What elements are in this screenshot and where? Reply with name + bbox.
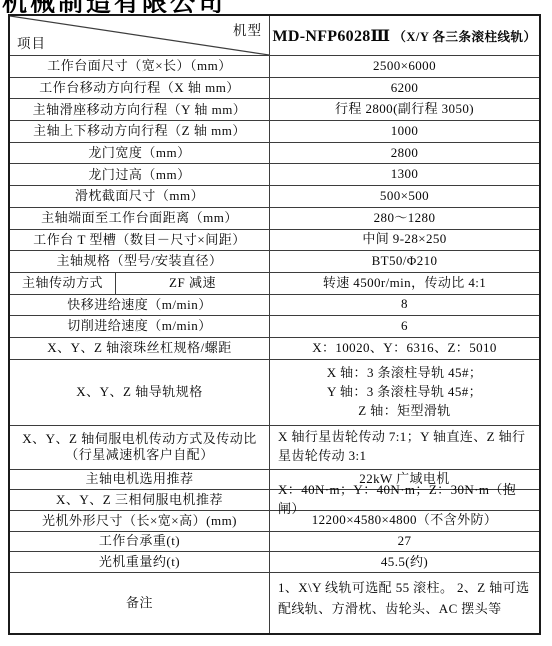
row-label: 光机外形尺寸（长×宽×高）(mm) — [42, 513, 237, 529]
row-label-cell: 主轴端面至工作台面距离（mm） — [10, 208, 270, 229]
table-header-row: 机型 项目 MD-NFP6028Ⅲ （X/Y 各三条滚柱线轨） — [10, 16, 539, 56]
row-value: 12200×4580×4800（不含外防） — [312, 511, 498, 530]
row-label-cell: X、Y、Z 三相伺服电机推荐 — [10, 490, 270, 510]
row-value-cell: 8 — [270, 295, 539, 316]
row-value-cell: 280～1280 — [270, 208, 539, 229]
row-value: 行程 2800(副行程 3050) — [335, 100, 474, 119]
row-label: 滑枕截面尺寸（mm） — [75, 188, 204, 204]
row-value: 8 — [401, 295, 408, 314]
spec-table: 机型 项目 MD-NFP6028Ⅲ （X/Y 各三条滚柱线轨） 工作台面尺寸（宽… — [8, 14, 541, 635]
corner-label-item: 项目 — [17, 32, 46, 52]
row-label: 工作台承重(t) — [99, 533, 180, 549]
row-label: 光机重量约(t) — [99, 554, 180, 570]
row-label: 工作台 T 型槽（数目－尺寸×间距） — [33, 232, 246, 248]
table-row: 主轴上下移动方向行程（Z 轴 mm）1000 — [10, 121, 539, 143]
row-value-cell: X 轴行星齿轮传动 7:1；Y 轴直连、Z 轴行星齿轮传动 3:1 — [270, 426, 539, 469]
clipped-page-heading: 机械制造有限公司 — [2, 0, 322, 13]
table-row: 工作台移动方向行程（X 轴 mm）6200 — [10, 78, 539, 100]
row-label-cell: 主轴传动方式ZF 减速 — [10, 273, 270, 294]
table-row: 龙门过高（mm）1300 — [10, 164, 539, 186]
row-value-cell: 1000 — [270, 121, 539, 142]
row-value-cell: 500×500 — [270, 186, 539, 207]
row-label: 快移进给速度（m/min） — [67, 297, 211, 313]
row-value-cell: BT50/Φ210 — [270, 251, 539, 272]
row-value: X 轴：3 条滚柱导轨 45#； — [327, 364, 483, 383]
row-value-cell: 转速 4500r/min，传动比 4:1 — [270, 273, 539, 294]
row-label-cell: 工作台移动方向行程（X 轴 mm） — [10, 78, 270, 99]
row-label: 切削进给速度（m/min） — [67, 318, 211, 334]
row-label-cell: 主轴电机选用推荐 — [10, 470, 270, 490]
table-row: 工作台承重(t)27 — [10, 532, 539, 553]
row-label-cell: 工作台面尺寸（宽×长）（mm） — [10, 56, 270, 77]
row-label-cell: 主轴滑座移动方向行程（Y 轴 mm） — [10, 99, 270, 120]
corner-label-model: 机型 — [233, 19, 262, 39]
table-row: 滑枕截面尺寸（mm）500×500 — [10, 186, 539, 208]
table-row: 主轴滑座移动方向行程（Y 轴 mm）行程 2800(副行程 3050) — [10, 99, 539, 121]
table-row: X、Y、Z 轴导轨规格X 轴：3 条滚柱导轨 45#；Y 轴：3 条滚柱导轨 4… — [10, 360, 539, 426]
row-value: 1000 — [391, 122, 419, 141]
row-label: 主轴端面至工作台面距离（mm） — [41, 210, 238, 226]
table-body: 工作台面尺寸（宽×长）（mm）2500×6000工作台移动方向行程（X 轴 mm… — [10, 56, 539, 633]
row-value-cell: 45.5(约) — [270, 552, 539, 572]
row-label-cell: 龙门过高（mm） — [10, 164, 270, 185]
row-label: X、Y、Z 轴导轨规格 — [76, 384, 202, 400]
row-label: 主轴传动方式 — [22, 275, 103, 291]
row-value-cell: 中间 9-28×250 — [270, 230, 539, 251]
model-variant-note: （X/Y 各三条滚柱线轨） — [393, 27, 536, 45]
clipped-page-heading-text: 机械制造有限公司 — [2, 0, 226, 13]
row-label: X、Y、Z 轴滚珠丝杠规格/螺距 — [47, 340, 232, 356]
row-label-cell: 备注 — [10, 573, 270, 633]
row-value: 1、X\Y 线轨可选配 55 滚柱。 2、Z 轴可选配线轨、方滑枕、齿轮头、AC… — [278, 578, 533, 620]
row-value-cell: 1300 — [270, 164, 539, 185]
row-value: BT50/Φ210 — [372, 252, 438, 271]
row-value-cell: 2500×6000 — [270, 56, 539, 77]
row-value: Z 轴：矩型滑轨 — [358, 402, 450, 421]
row-value-cell: X：10020、Y：6316、Z：5010 — [270, 338, 539, 359]
row-label-cell: X、Y、Z 轴滚珠丝杠规格/螺距 — [10, 338, 270, 359]
row-label: （行星减速机客户自配） — [65, 447, 214, 463]
row-label: 主轴规格（型号/安装直径） — [56, 253, 222, 269]
table-row: 工作台面尺寸（宽×长）（mm）2500×6000 — [10, 56, 539, 78]
row-value: 中间 9-28×250 — [362, 230, 446, 249]
row-value: X：10020、Y：6316、Z：5010 — [312, 339, 497, 358]
row-label: X、Y、Z 轴伺服电机传动方式及传动比 — [22, 431, 256, 447]
row-label-cell: 主轴规格（型号/安装直径） — [10, 251, 270, 272]
row-label-cell: X、Y、Z 轴伺服电机传动方式及传动比（行星减速机客户自配） — [10, 426, 270, 469]
row-label-cell: 主轴上下移动方向行程（Z 轴 mm） — [10, 121, 270, 142]
row-label: 主轴上下移动方向行程（Z 轴 mm） — [33, 123, 246, 139]
row-label: X、Y、Z 三相伺服电机推荐 — [56, 492, 223, 508]
table-row: 主轴规格（型号/安装直径）BT50/Φ210 — [10, 251, 539, 273]
row-value-cell: X：40N·m；Y：40N·m；Z：30N·m（抱闸） — [270, 490, 539, 510]
model-header-cell: MD-NFP6028Ⅲ （X/Y 各三条滚柱线轨） — [270, 16, 539, 55]
row-value-cell: X 轴：3 条滚柱导轨 45#；Y 轴：3 条滚柱导轨 45#；Z 轴：矩型滑轨 — [270, 360, 539, 425]
row-label-cell: 切削进给速度（m/min） — [10, 316, 270, 337]
row-value-cell: 行程 2800(副行程 3050) — [270, 99, 539, 120]
row-label-cell: 快移进给速度（m/min） — [10, 295, 270, 316]
row-label-cell: 滑枕截面尺寸（mm） — [10, 186, 270, 207]
table-row: 主轴端面至工作台面距离（mm）280～1280 — [10, 208, 539, 230]
row-value: 500×500 — [380, 187, 429, 206]
row-value-cell: 6 — [270, 316, 539, 337]
row-value: 2500×6000 — [373, 57, 436, 76]
table-row: X、Y、Z 轴伺服电机传动方式及传动比（行星减速机客户自配）X 轴行星齿轮传动 … — [10, 426, 539, 470]
row-value: 45.5(约) — [381, 553, 428, 572]
row-label: 备注 — [126, 595, 153, 611]
row-label: 工作台移动方向行程（X 轴 mm） — [39, 80, 240, 96]
table-row: 龙门宽度（mm）2800 — [10, 143, 539, 165]
table-row: 主轴传动方式ZF 减速转速 4500r/min，传动比 4:1 — [10, 273, 539, 295]
table-row: 光机重量约(t)45.5(约) — [10, 552, 539, 573]
row-sublabel: ZF 减速 — [169, 275, 216, 291]
row-label: 龙门宽度（mm） — [88, 145, 190, 161]
row-value: 1300 — [391, 165, 419, 184]
row-value: 6 — [401, 317, 408, 336]
row-value-cell: 27 — [270, 532, 539, 552]
table-row: 快移进给速度（m/min）8 — [10, 295, 539, 317]
row-value: X 轴行星齿轮传动 7:1；Y 轴直连、Z 轴行星齿轮传动 3:1 — [278, 428, 533, 466]
row-value-cell: 6200 — [270, 78, 539, 99]
row-label-cell: 工作台 T 型槽（数目－尺寸×间距） — [10, 230, 270, 251]
row-label: 工作台面尺寸（宽×长）（mm） — [47, 58, 232, 74]
row-value: 6200 — [391, 79, 419, 98]
table-row: X、Y、Z 轴滚珠丝杠规格/螺距X：10020、Y：6316、Z：5010 — [10, 338, 539, 360]
row-value: 27 — [398, 532, 412, 551]
row-value: Y 轴：3 条滚柱导轨 45#； — [327, 383, 482, 402]
row-value-cell: 2800 — [270, 143, 539, 164]
row-label: 主轴电机选用推荐 — [85, 471, 193, 487]
table-row: 备注1、X\Y 线轨可选配 55 滚柱。 2、Z 轴可选配线轨、方滑枕、齿轮头、… — [10, 573, 539, 633]
row-label: 主轴滑座移动方向行程（Y 轴 mm） — [33, 102, 247, 118]
table-row: X、Y、Z 三相伺服电机推荐X：40N·m；Y：40N·m；Z：30N·m（抱闸… — [10, 490, 539, 511]
row-label-cell: 龙门宽度（mm） — [10, 143, 270, 164]
row-value: 280～1280 — [374, 209, 436, 228]
model-name: MD-NFP6028Ⅲ — [272, 26, 390, 46]
row-label: 龙门过高（mm） — [88, 167, 190, 183]
row-value-cell: 12200×4580×4800（不含外防） — [270, 511, 539, 531]
row-value: 转速 4500r/min，传动比 4:1 — [323, 274, 486, 293]
row-label-cell: 工作台承重(t) — [10, 532, 270, 552]
row-label-cell: 光机重量约(t) — [10, 552, 270, 572]
table-row: 切削进给速度（m/min）6 — [10, 316, 539, 338]
diagonal-divider — [10, 16, 269, 55]
row-label-cell: X、Y、Z 轴导轨规格 — [10, 360, 270, 425]
row-value-cell: 1、X\Y 线轨可选配 55 滚柱。 2、Z 轴可选配线轨、方滑枕、齿轮头、AC… — [270, 573, 539, 633]
table-row: 光机外形尺寸（长×宽×高）(mm)12200×4580×4800（不含外防） — [10, 511, 539, 532]
table-row: 工作台 T 型槽（数目－尺寸×间距）中间 9-28×250 — [10, 230, 539, 252]
header-corner-cell: 机型 项目 — [10, 16, 270, 55]
row-value: 2800 — [391, 144, 419, 163]
row-label-cell: 光机外形尺寸（长×宽×高）(mm) — [10, 511, 270, 531]
